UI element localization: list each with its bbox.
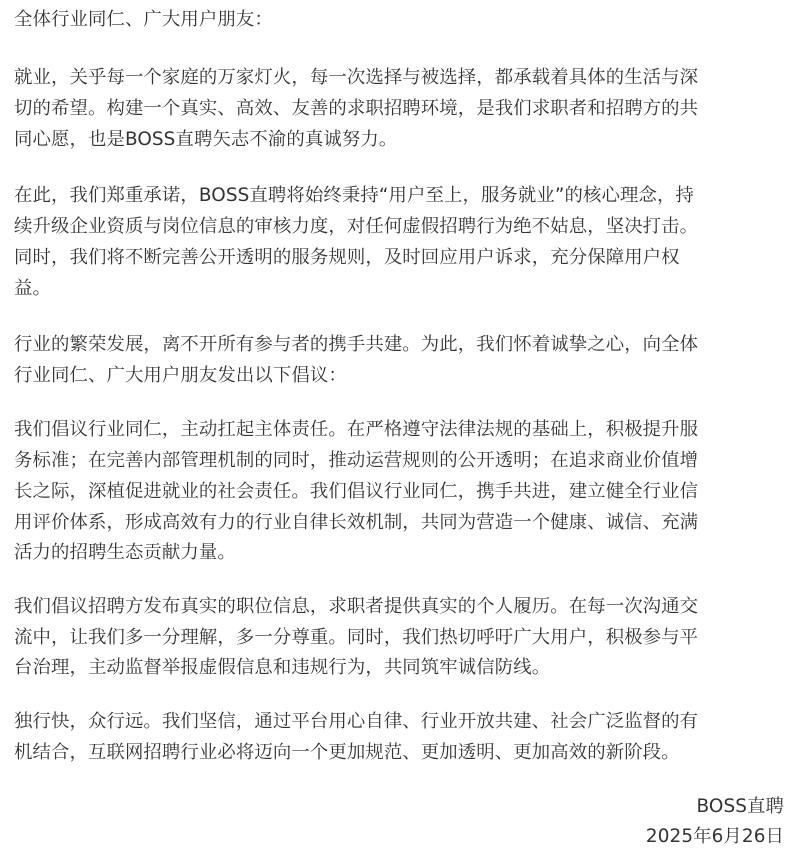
paragraph-line: 行业的繁荣发展，离不开所有参与者的携手共建。为此，我们怀着诚挚之心，向全体 <box>14 333 786 357</box>
paragraph-line: 活力的招聘生态贡献力量。 <box>14 541 786 565</box>
paragraph-line: 务标准；在完善内部管理机制的同时，推动运营规则的公开透明；在追求商业价值增 <box>14 449 786 473</box>
paragraph-line: 益。 <box>14 277 786 301</box>
paragraph-line: 长之际，深植促进就业的社会责任。我们倡议行业同仁，携手共进，建立健全行业信 <box>14 480 786 504</box>
paragraph-line: 机结合，互联网招聘行业必将迈向一个更加规范、更加透明、更加高效的新阶段。 <box>14 741 786 765</box>
paragraph-line: 切的希望。构建一个真实、高效、友善的求职招聘环境，是我们求职者和招聘方的共 <box>14 97 786 121</box>
paragraph-line: 用评价体系，形成高效有力的行业自律长效机制，共同为营造一个健康、诚信、充满 <box>14 511 786 535</box>
paragraph-line: 我们倡议招聘方发布真实的职位信息，求职者提供真实的个人履历。在每一次沟通交 <box>14 595 786 619</box>
paragraph-line: 独行快，众行远。我们坚信，通过平台用心自律、行业开放共建、社会广泛监督的有 <box>14 710 786 734</box>
paragraph-line: 续升级企业资质与岗位信息的审核力度，对任何虚假招聘行为绝不姑息，坚决打击。 <box>14 215 786 239</box>
paragraph-line: 同心愿，也是BOSS直聘矢志不渝的真诚努力。 <box>14 128 786 152</box>
salutation: 全体行业同仁、广大用户朋友： <box>14 8 786 32</box>
paragraph-line: 台治理，主动监督举报虚假信息和违规行为，共同筑牢诚信防线。 <box>14 656 786 680</box>
paragraph-line: 在此，我们郑重承诺，BOSS直聘将始终秉持“用户至上，服务就业”的核心理念，持 <box>14 184 786 208</box>
paragraph-line: 同时，我们将不断完善公开透明的服务规则，及时回应用户诉求，充分保障用户权 <box>14 246 786 270</box>
paragraph-line: 流中，让我们多一分理解，多一分尊重。同时，我们热切呼吁广大用户，积极参与平 <box>14 626 786 650</box>
signature-date: 2025年6月26日 <box>646 825 784 849</box>
paragraph-line: 我们倡议行业同仁，主动扛起主体责任。在严格遵守法律法规的基础上，积极提升服 <box>14 418 786 442</box>
signature-organization: BOSS直聘 <box>697 795 785 819</box>
paragraph-line: 就业，关乎每一个家庭的万家灯火，每一次选择与被选择，都承载着具体的生活与深 <box>14 66 786 90</box>
paragraph-line: 行业同仁、广大用户朋友发出以下倡议： <box>14 364 786 388</box>
open-letter: 全体行业同仁、广大用户朋友： 就业，关乎每一个家庭的万家灯火，每一次选择与被选择… <box>0 0 800 863</box>
